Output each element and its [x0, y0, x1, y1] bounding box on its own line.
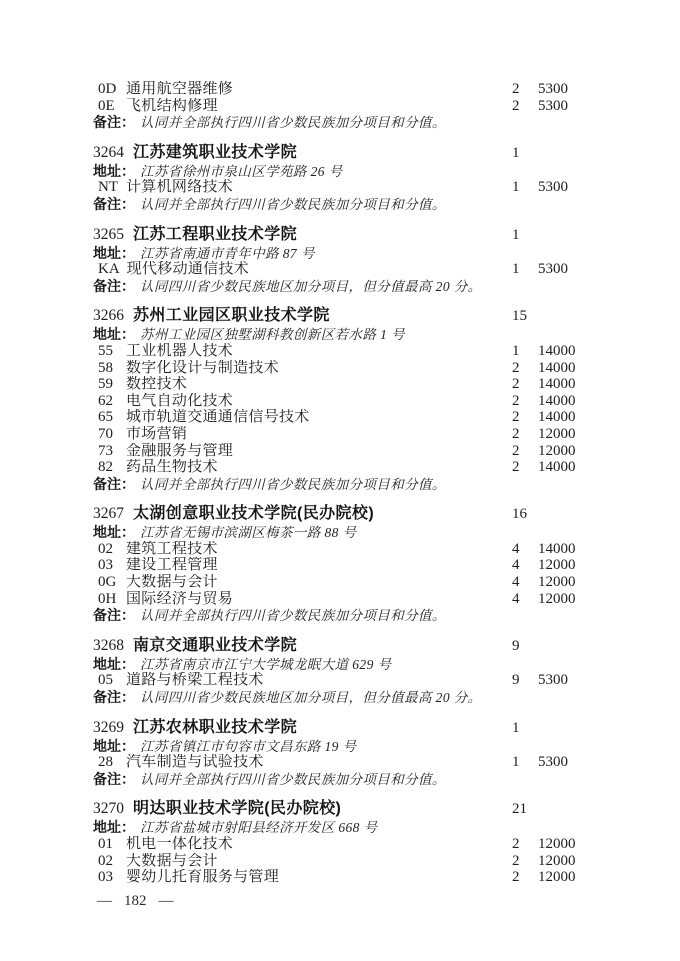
tuition-fee: 5300 [538, 672, 580, 689]
major-row: 02大数据与会计 2 12000 [93, 853, 580, 870]
note-label: 备注： [93, 771, 135, 788]
tuition-fee: 14000 [538, 541, 580, 558]
tuition-fee: 14000 [538, 343, 580, 360]
institution-total: 1 [512, 143, 538, 164]
major-row: 03婴幼儿托育服务与管理 2 12000 [93, 869, 580, 886]
institution-header: 3268南京交通职业技术学院 9 [93, 635, 580, 656]
institution-header: 3265江苏工程职业技术学院 1 [93, 224, 580, 245]
major-name: 机电一体化技术 [126, 836, 233, 852]
major-name: 城市轨道交通通信信号技术 [126, 409, 310, 425]
institution-section: 3267太湖创意职业技术学院(民办院校) 16 地址： 江苏省无锡市滨湖区梅茶一… [93, 503, 580, 624]
major-row: 70市场营销 2 12000 [93, 426, 580, 443]
major-name: 数字化设计与制造技术 [126, 360, 279, 376]
plan-count: 2 [512, 360, 538, 377]
note-text: 认同并全部执行四川省少数民族加分项目和分值。 [140, 115, 446, 132]
major-code: 65 [98, 409, 119, 426]
plan-count: 2 [512, 459, 538, 476]
tuition-fee: 12000 [538, 853, 580, 870]
major-name: 道路与桥梁工程技术 [126, 672, 264, 688]
major-code: 0G [98, 574, 119, 591]
plan-count: 2 [512, 376, 538, 393]
note-text: 认同并全部执行四川省少数民族加分项目和分值。 [140, 772, 446, 789]
institution-section: 3264江苏建筑职业技术学院 1 地址： 江苏省徐州市泉山区学苑路 26 号 N… [93, 142, 580, 213]
institution-code: 3264 [93, 144, 124, 161]
major-row: 0G大数据与会计 4 12000 [93, 574, 580, 591]
footer-dash-left: — [97, 893, 112, 909]
major-name: 大数据与会计 [126, 574, 218, 590]
institution-header: 3267太湖创意职业技术学院(民办院校) 16 [93, 503, 580, 524]
tuition-fee: 14000 [538, 409, 580, 426]
address-line: 地址： 江苏省镇江市句容市文昌东路 19 号 [93, 738, 580, 755]
note-line: 备注： 认同并全部执行四川省少数民族加分项目和分值。 [93, 771, 580, 788]
major-row: 01机电一体化技术 2 12000 [93, 836, 580, 853]
major-row: 59数控技术 2 14000 [93, 376, 580, 393]
major-code: 0D [98, 81, 119, 98]
institution-code: 3268 [93, 637, 124, 654]
document-page: 0D通用航空器维修 2 5300 0E飞机结构修理 2 5300 备注： 认同并… [0, 0, 680, 961]
institution-total: 16 [512, 504, 538, 525]
major-code: 0H [98, 591, 119, 608]
plan-count: 1 [512, 261, 538, 278]
note-label: 备注： [93, 689, 135, 706]
major-name: 工业机器人技术 [126, 343, 233, 359]
major-row: 58数字化设计与制造技术 2 14000 [93, 360, 580, 377]
address-line: 地址： 江苏省盐城市射阳县经济开发区 668 号 [93, 819, 580, 836]
major-code: 02 [98, 541, 119, 558]
address-line: 地址： 江苏省南京市江宁大学城龙眠大道 629 号 [93, 656, 580, 673]
institution-header: 3266苏州工业园区职业技术学院 15 [93, 305, 580, 326]
major-name: 国际经济与贸易 [126, 591, 233, 607]
page-content: 0D通用航空器维修 2 5300 0E飞机结构修理 2 5300 备注： 认同并… [0, 0, 680, 886]
major-code: 73 [98, 443, 119, 460]
major-code: 0E [98, 98, 119, 115]
note-line: 备注： 认同四川省少数民族地区加分项目，但分值最高 20 分。 [93, 278, 580, 295]
institution-name: 江苏工程职业技术学院 [133, 226, 297, 243]
major-code: 03 [98, 557, 119, 574]
page-footer: —182— [97, 893, 174, 910]
institution-header: 3269江苏农林职业技术学院 1 [93, 717, 580, 738]
continuation-block: 0D通用航空器维修 2 5300 0E飞机结构修理 2 5300 备注： 认同并… [93, 81, 580, 131]
institution-name: 南京交通职业技术学院 [133, 637, 297, 654]
major-row: 65城市轨道交通通信信号技术 2 14000 [93, 409, 580, 426]
major-code: 02 [98, 853, 119, 870]
major-name: 建筑工程技术 [126, 541, 218, 557]
address-text: 江苏省镇江市句容市文昌东路 19 号 [140, 739, 356, 756]
plan-count: 9 [512, 672, 538, 689]
major-code: 58 [98, 360, 119, 377]
major-row: 0D通用航空器维修 2 5300 [93, 81, 580, 98]
major-code: 28 [98, 754, 119, 771]
institution-name: 苏州工业园区职业技术学院 [133, 307, 330, 324]
plan-count: 2 [512, 836, 538, 853]
tuition-fee: 12000 [538, 557, 580, 574]
major-name: 现代移动通信技术 [127, 261, 249, 277]
note-line: 备注： 认同四川省少数民族地区加分项目，但分值最高 20 分。 [93, 689, 580, 706]
tuition-fee: 14000 [538, 459, 580, 476]
institution-header: 3270明达职业技术学院(民办院校) 21 [93, 798, 580, 819]
address-text: 苏州工业园区独墅湖科教创新区若水路 1 号 [140, 327, 405, 344]
plan-count: 4 [512, 557, 538, 574]
institution-section: 3268南京交通职业技术学院 9 地址： 江苏省南京市江宁大学城龙眠大道 629… [93, 635, 580, 706]
tuition-fee: 14000 [538, 360, 580, 377]
address-line: 地址： 江苏省南通市青年中路 87 号 [93, 245, 580, 262]
address-label: 地址： [93, 163, 135, 180]
address-label: 地址： [93, 738, 135, 755]
major-code: 03 [98, 869, 119, 886]
note-label: 备注： [93, 607, 135, 624]
institution-section: 3265江苏工程职业技术学院 1 地址： 江苏省南通市青年中路 87 号 KA现… [93, 224, 580, 295]
major-code: 05 [98, 672, 119, 689]
address-label: 地址： [93, 245, 135, 262]
tuition-fee: 12000 [538, 426, 580, 443]
institution-header: 3264江苏建筑职业技术学院 1 [93, 142, 580, 163]
institution-section: 3269江苏农林职业技术学院 1 地址： 江苏省镇江市句容市文昌东路 19 号 … [93, 717, 580, 788]
major-code: 62 [98, 393, 119, 410]
plan-count: 2 [512, 869, 538, 886]
address-line: 地址： 苏州工业园区独墅湖科教创新区若水路 1 号 [93, 326, 580, 343]
footer-dash-right: — [159, 893, 174, 909]
institution-total: 9 [512, 636, 538, 657]
address-line: 地址： 江苏省无锡市滨湖区梅茶一路 88 号 [93, 524, 580, 541]
plan-count: 2 [512, 393, 538, 410]
address-label: 地址： [93, 326, 135, 343]
major-code: 70 [98, 426, 119, 443]
institution-code: 3266 [93, 307, 124, 324]
plan-count: 2 [512, 98, 538, 115]
note-label: 备注： [93, 114, 135, 131]
major-row: 62电气自动化技术 2 14000 [93, 393, 580, 410]
institution-code: 3269 [93, 719, 124, 736]
institution-name: 明达职业技术学院(民办院校) [133, 800, 341, 817]
plan-count: 2 [512, 426, 538, 443]
address-label: 地址： [93, 819, 135, 836]
address-text: 江苏省南京市江宁大学城龙眠大道 629 号 [140, 657, 391, 674]
plan-count: 1 [512, 179, 538, 196]
note-label: 备注： [93, 196, 135, 213]
plan-count: 4 [512, 541, 538, 558]
address-line: 地址： 江苏省徐州市泉山区学苑路 26 号 [93, 163, 580, 180]
address-label: 地址： [93, 524, 135, 541]
institution-section: 3270明达职业技术学院(民办院校) 21 地址： 江苏省盐城市射阳县经济开发区… [93, 798, 580, 885]
major-code: 55 [98, 343, 119, 360]
major-row: 02建筑工程技术 4 14000 [93, 541, 580, 558]
note-label: 备注： [93, 278, 135, 295]
tuition-fee: 5300 [538, 98, 580, 115]
major-name: 通用航空器维修 [126, 81, 233, 97]
major-row: NT计算机网络技术 1 5300 [93, 179, 580, 196]
major-name: 金融服务与管理 [126, 443, 233, 459]
address-text: 江苏省南通市青年中路 87 号 [140, 246, 315, 263]
plan-count: 4 [512, 574, 538, 591]
major-code: 82 [98, 459, 119, 476]
institution-total: 1 [512, 718, 538, 739]
note-label: 备注： [93, 476, 135, 493]
institution-name: 江苏农林职业技术学院 [133, 719, 297, 736]
major-name: 市场营销 [126, 426, 187, 442]
major-row: KA现代移动通信技术 1 5300 [93, 261, 580, 278]
institution-name: 太湖创意职业技术学院(民办院校) [133, 505, 374, 522]
tuition-fee: 5300 [538, 179, 580, 196]
major-row: 28汽车制造与试验技术 1 5300 [93, 754, 580, 771]
major-row: 0E飞机结构修理 2 5300 [93, 98, 580, 115]
institution-total: 15 [512, 306, 538, 327]
tuition-fee: 5300 [538, 81, 580, 98]
major-name: 汽车制造与试验技术 [126, 754, 264, 770]
major-row: 73金融服务与管理 2 12000 [93, 443, 580, 460]
major-row: 05道路与桥梁工程技术 9 5300 [93, 672, 580, 689]
tuition-fee: 5300 [538, 754, 580, 771]
major-name: 建设工程管理 [126, 557, 218, 573]
institution-section: 3266苏州工业园区职业技术学院 15 地址： 苏州工业园区独墅湖科教创新区若水… [93, 305, 580, 492]
major-name: 电气自动化技术 [126, 393, 233, 409]
major-name: 大数据与会计 [126, 853, 218, 869]
note-line: 备注： 认同并全部执行四川省少数民族加分项目和分值。 [93, 196, 580, 213]
page-number: 182 [124, 893, 147, 909]
institution-code: 3270 [93, 800, 124, 817]
plan-count: 2 [512, 81, 538, 98]
plan-count: 2 [512, 409, 538, 426]
plan-count: 1 [512, 343, 538, 360]
major-code: KA [98, 261, 120, 278]
note-text: 认同并全部执行四川省少数民族加分项目和分值。 [140, 197, 446, 214]
major-row: 03建设工程管理 4 12000 [93, 557, 580, 574]
tuition-fee: 5300 [538, 261, 580, 278]
note-line: 备注： 认同并全部执行四川省少数民族加分项目和分值。 [93, 114, 580, 131]
major-row: 82药品生物技术 2 14000 [93, 459, 580, 476]
institution-code: 3265 [93, 226, 124, 243]
major-code: NT [98, 179, 119, 196]
tuition-fee: 12000 [538, 574, 580, 591]
major-code: 01 [98, 836, 119, 853]
tuition-fee: 14000 [538, 393, 580, 410]
note-line: 备注： 认同并全部执行四川省少数民族加分项目和分值。 [93, 476, 580, 493]
note-text: 认同四川省少数民族地区加分项目，但分值最高 20 分。 [140, 279, 482, 296]
major-name: 药品生物技术 [126, 459, 218, 475]
note-text: 认同四川省少数民族地区加分项目，但分值最高 20 分。 [140, 690, 482, 707]
address-label: 地址： [93, 656, 135, 673]
note-text: 认同并全部执行四川省少数民族加分项目和分值。 [140, 477, 446, 494]
address-text: 江苏省盐城市射阳县经济开发区 668 号 [140, 820, 378, 837]
address-text: 江苏省无锡市滨湖区梅茶一路 88 号 [140, 525, 356, 542]
address-text: 江苏省徐州市泉山区学苑路 26 号 [140, 164, 343, 181]
major-name: 计算机网络技术 [126, 179, 233, 195]
tuition-fee: 12000 [538, 869, 580, 886]
note-line: 备注： 认同并全部执行四川省少数民族加分项目和分值。 [93, 607, 580, 624]
tuition-fee: 12000 [538, 443, 580, 460]
note-text: 认同并全部执行四川省少数民族加分项目和分值。 [140, 608, 446, 625]
institution-total: 21 [512, 799, 538, 820]
institution-name: 江苏建筑职业技术学院 [133, 144, 297, 161]
major-code: 59 [98, 376, 119, 393]
major-name: 数控技术 [126, 376, 187, 392]
major-row: 55工业机器人技术 1 14000 [93, 343, 580, 360]
plan-count: 2 [512, 443, 538, 460]
plan-count: 4 [512, 591, 538, 608]
institution-total: 1 [512, 225, 538, 246]
major-row: 0H国际经济与贸易 4 12000 [93, 591, 580, 608]
major-name: 婴幼儿托育服务与管理 [126, 869, 279, 885]
major-name: 飞机结构修理 [126, 98, 218, 114]
tuition-fee: 14000 [538, 376, 580, 393]
plan-count: 1 [512, 754, 538, 771]
institution-code: 3267 [93, 505, 124, 522]
tuition-fee: 12000 [538, 836, 580, 853]
tuition-fee: 12000 [538, 591, 580, 608]
plan-count: 2 [512, 853, 538, 870]
